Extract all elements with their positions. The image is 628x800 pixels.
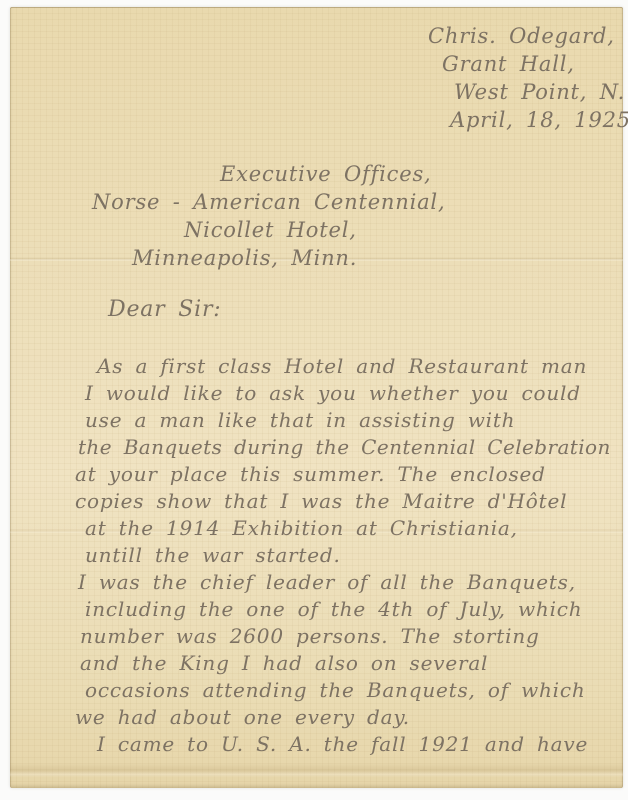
sender-block: Chris. Odegard, Grant Hall, West Point, … (428, 22, 628, 134)
body-line: the Banquets during the Centennial Celeb… (78, 434, 623, 461)
body-line: we had about one every day. (75, 704, 623, 731)
letter-paper: Chris. Odegard, Grant Hall, West Point, … (10, 7, 623, 788)
recipient-line: Minneapolis, Minn. (132, 244, 445, 272)
body-line: untill the war started. (85, 542, 623, 569)
body-line: copies show that I was the Maitre d'Hôte… (75, 488, 623, 515)
scanned-letter: Chris. Odegard, Grant Hall, West Point, … (0, 0, 628, 800)
body-line: at the 1914 Exhibition at Christiania, (85, 515, 623, 542)
letter-body: As a first class Hotel and Restaurant ma… (75, 353, 623, 758)
sender-address-line: Grant Hall, (442, 50, 628, 78)
body-line: including the one of the 4th of July, wh… (85, 596, 623, 623)
sender-name: Chris. Odegard, (428, 22, 628, 50)
body-line: number was 2600 persons. The storting (80, 623, 623, 650)
recipient-block: Executive Offices, Norse - American Cent… (62, 160, 445, 272)
sender-address-line: West Point, N. Y. (454, 78, 628, 106)
recipient-line: Norse - American Centennial, (92, 188, 445, 216)
letter-date: April, 18, 1925. (450, 106, 628, 134)
recipient-line: Executive Offices, (220, 160, 445, 188)
recipient-line: Nicollet Hotel, (184, 216, 445, 244)
fold-crease (10, 763, 623, 777)
body-line: at your place this summer. The enclosed (75, 461, 623, 488)
body-line: I was the chief leader of all the Banque… (78, 569, 623, 596)
salutation: Dear Sir: (108, 297, 222, 322)
body-line: and the King I had also on several (80, 650, 623, 677)
body-line: occasions attending the Banquets, of whi… (85, 677, 623, 704)
body-line: I came to U. S. A. the fall 1921 and hav… (97, 731, 623, 758)
body-line: use a man like that in assisting with (85, 407, 623, 434)
body-line: I would like to ask you whether you coul… (85, 380, 623, 407)
body-line: As a first class Hotel and Restaurant ma… (97, 353, 623, 380)
